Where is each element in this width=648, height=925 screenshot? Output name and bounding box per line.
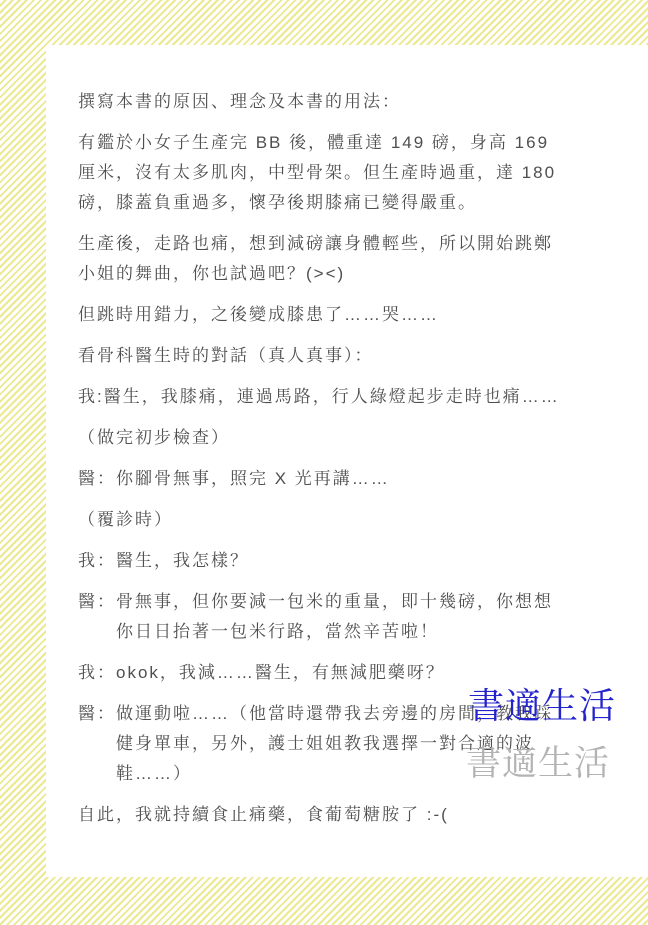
section-heading: 撰寫本書的原因、理念及本書的用法：: [78, 87, 588, 117]
dialogue-doctor-2: 醫：骨無事，但你要減一包米的重量，即十幾磅，你想想 你日日抬著一包米行路，當然辛…: [78, 587, 588, 647]
paragraph-knee-injury: 但跳時用錯力，之後變成膝患了……哭……: [78, 300, 588, 330]
paragraph-conclusion: 自此，我就持續食止痛藥，食葡萄糖胺了 :-(: [78, 800, 588, 830]
dialogue-stage-note-2: （覆診時）: [78, 505, 588, 535]
document-text-column: 撰寫本書的原因、理念及本書的用法： 有鑑於小女子生產完 BB 後，體重達 149…: [78, 87, 588, 841]
dialogue-me-3: 我：okok，我減……醫生，有無減肥藥呀？: [78, 658, 588, 688]
striped-page-border: 撰寫本書的原因、理念及本書的用法： 有鑑於小女子生產完 BB 後，體重達 149…: [0, 0, 648, 925]
paragraph-dance: 生產後，走路也痛，想到減磅讓身體輕些，所以開始跳鄭 小姐的舞曲，你也試過吧？(>…: [78, 229, 588, 289]
paragraph-body-stats: 有鑑於小女子生產完 BB 後，體重達 149 磅，身高 169 厘米，沒有太多肌…: [78, 128, 588, 218]
document-page: 撰寫本書的原因、理念及本書的用法： 有鑑於小女子生產完 BB 後，體重達 149…: [46, 45, 648, 877]
dialogue-stage-note-1: （做完初步檢查）: [78, 423, 588, 453]
dialogue-me-2: 我：醫生，我怎樣？: [78, 546, 588, 576]
dialogue-doctor-3: 醫：做運動啦……（他當時還帶我去旁邊的房間，教我踩 健身單車，另外，護士姐姐教我…: [78, 699, 588, 789]
dialogue-me-1: 我:醫生，我膝痛，連過馬路，行人綠燈起步走時也痛……: [78, 382, 588, 412]
dialogue-doctor-1: 醫：你腳骨無事，照完 X 光再講……: [78, 464, 588, 494]
dialogue-heading: 看骨科醫生時的對話（真人真事）：: [78, 341, 588, 371]
